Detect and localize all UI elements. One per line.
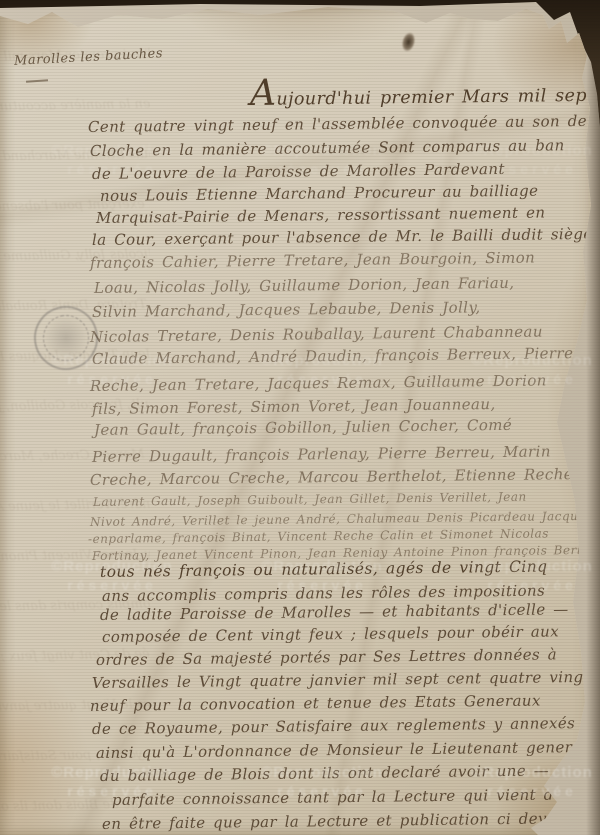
manuscript-line: Pierre Dugault, françois Parlenay, Pierr…: [92, 441, 551, 467]
manuscript-text: Aujourd'hui premier Mars mil septCent qu…: [0, 0, 600, 835]
scanned-document: Aujourd'hui premier Mars mil septCloche …: [0, 0, 600, 835]
manuscript-line: de ce Royaume, pour Satisfaire aux regle…: [92, 713, 575, 739]
manuscript-line: Aujourd'hui premier Mars mil sept: [250, 84, 595, 110]
manuscript-line: en être faite que par la Lecture et publ…: [102, 808, 600, 834]
manuscript-line: du bailliage de Blois dont ils ont decla…: [100, 761, 549, 786]
manuscript-line: Reche, Jean Tretare, Jacques Remax, Guil…: [90, 370, 547, 396]
manuscript-line: françois Cahier, Pierre Tretare, Jean Bo…: [90, 248, 535, 273]
manuscript-line: Versailles le Vingt quatre janvier mil s…: [92, 667, 590, 693]
manuscript-line: Jean Gault, françois Gobillon, Julien Co…: [94, 415, 512, 440]
manuscript-page: Aujourd'hui premier Mars mil septCloche …: [0, 0, 600, 835]
manuscript-line: Silvin Marchand, Jacques Lebaube, Denis …: [92, 297, 481, 322]
manuscript-line: la Cour, exerçant pour l'absence de Mr. …: [92, 224, 593, 250]
manuscript-line: de L'oeuvre de la Paroisse de Marolles P…: [92, 159, 505, 184]
manuscript-line: ainsi qu'à L'ordonnance de Monsieur le L…: [96, 737, 587, 763]
manuscript-line: tous nés françois ou naturalisés, agés d…: [100, 557, 548, 582]
manuscript-line: Loau, Nicolas Jolly, Guillaume Dorion, J…: [94, 273, 515, 298]
manuscript-line: Cent quatre vingt neuf en l'assemblée co…: [88, 111, 600, 137]
manuscript-line: Marquisat-Pairie de Menars, ressortissan…: [96, 203, 546, 228]
manuscript-line: composée de Cent vingt feux ; lesquels p…: [102, 621, 559, 647]
manuscript-line: Claude Marchand, André Daudin, françois …: [92, 343, 574, 369]
manuscript-line: Cloche en la manière accoutumée Sont com…: [90, 135, 565, 161]
manuscript-line: Nicolas Tretare, Denis Rouballay, Lauren…: [90, 321, 543, 347]
manuscript-line: ordres de Sa majesté portés par Ses Lett…: [96, 644, 557, 670]
manuscript-line: neuf pour la convocation et tenue des Et…: [90, 690, 541, 716]
manuscript-line: parfaite connoissance tant par la Lectur…: [112, 784, 600, 810]
manuscript-line: nous Louis Etienne Marchand Procureur au…: [100, 181, 539, 206]
